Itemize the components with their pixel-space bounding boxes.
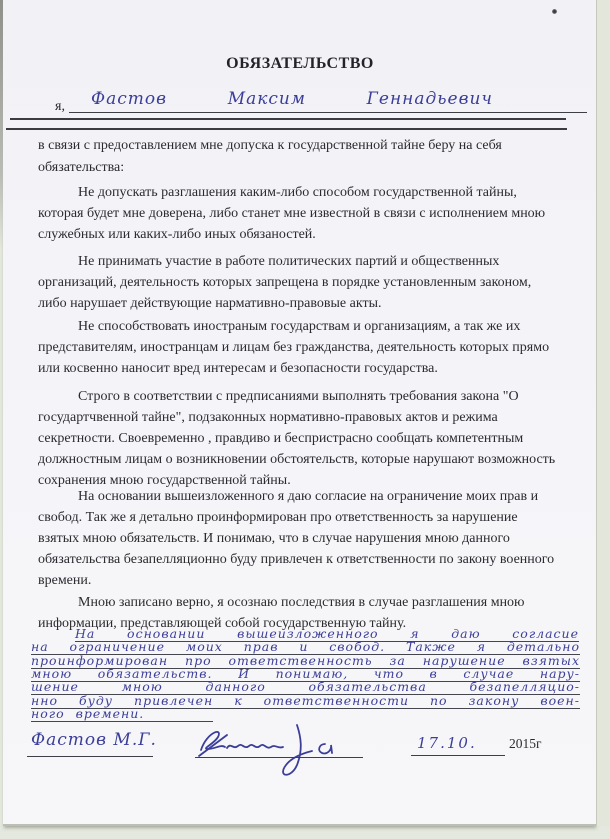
double-rule-bottom: [6, 128, 567, 130]
signature-name-underline: [27, 756, 153, 757]
paper-sheet: ОБЯЗАТЕЛЬСТВО я, Фастов Максим Геннадьев…: [3, 0, 597, 826]
scan-left-edge: [0, 0, 3, 250]
scan-speck: [552, 9, 557, 14]
handwritten-line: ного времени.: [31, 707, 213, 722]
signature-name: Фастов М.Г.: [31, 730, 157, 750]
handwritten-full-name: Фастов Максим Геннадьевич: [91, 89, 493, 109]
date-underline: [411, 755, 505, 756]
autograph-signature-icon: [191, 722, 366, 780]
body-paragraph-5: На основании вышеизложенного я даю согла…: [38, 486, 562, 591]
scanned-document: ОБЯЗАТЕЛЬСТВО я, Фастов Максим Геннадьев…: [0, 0, 610, 839]
year-label: 2015г: [509, 736, 542, 752]
body-paragraph-2: Не принимать участие в работе политическ…: [38, 251, 562, 314]
body-paragraph-4: Строго в соответствии с предписаниями вы…: [38, 386, 562, 491]
double-rule-top: [10, 118, 566, 120]
body-paragraph-1: Не допускать разглашения каким-либо спос…: [38, 182, 562, 245]
signature-underline: [195, 757, 363, 758]
date-handwritten: 17.10.: [417, 734, 477, 752]
body-paragraph-3: Не способствовать иностраным государства…: [38, 316, 562, 379]
document-title: ОБЯЗАТЕЛЬСТВО: [3, 55, 597, 73]
pronoun-label: я,: [55, 99, 65, 115]
name-underline: [69, 112, 587, 113]
scan-right-edge: [596, 0, 610, 826]
intro-paragraph: в связи с предоставлением мне допуска к …: [38, 135, 562, 178]
